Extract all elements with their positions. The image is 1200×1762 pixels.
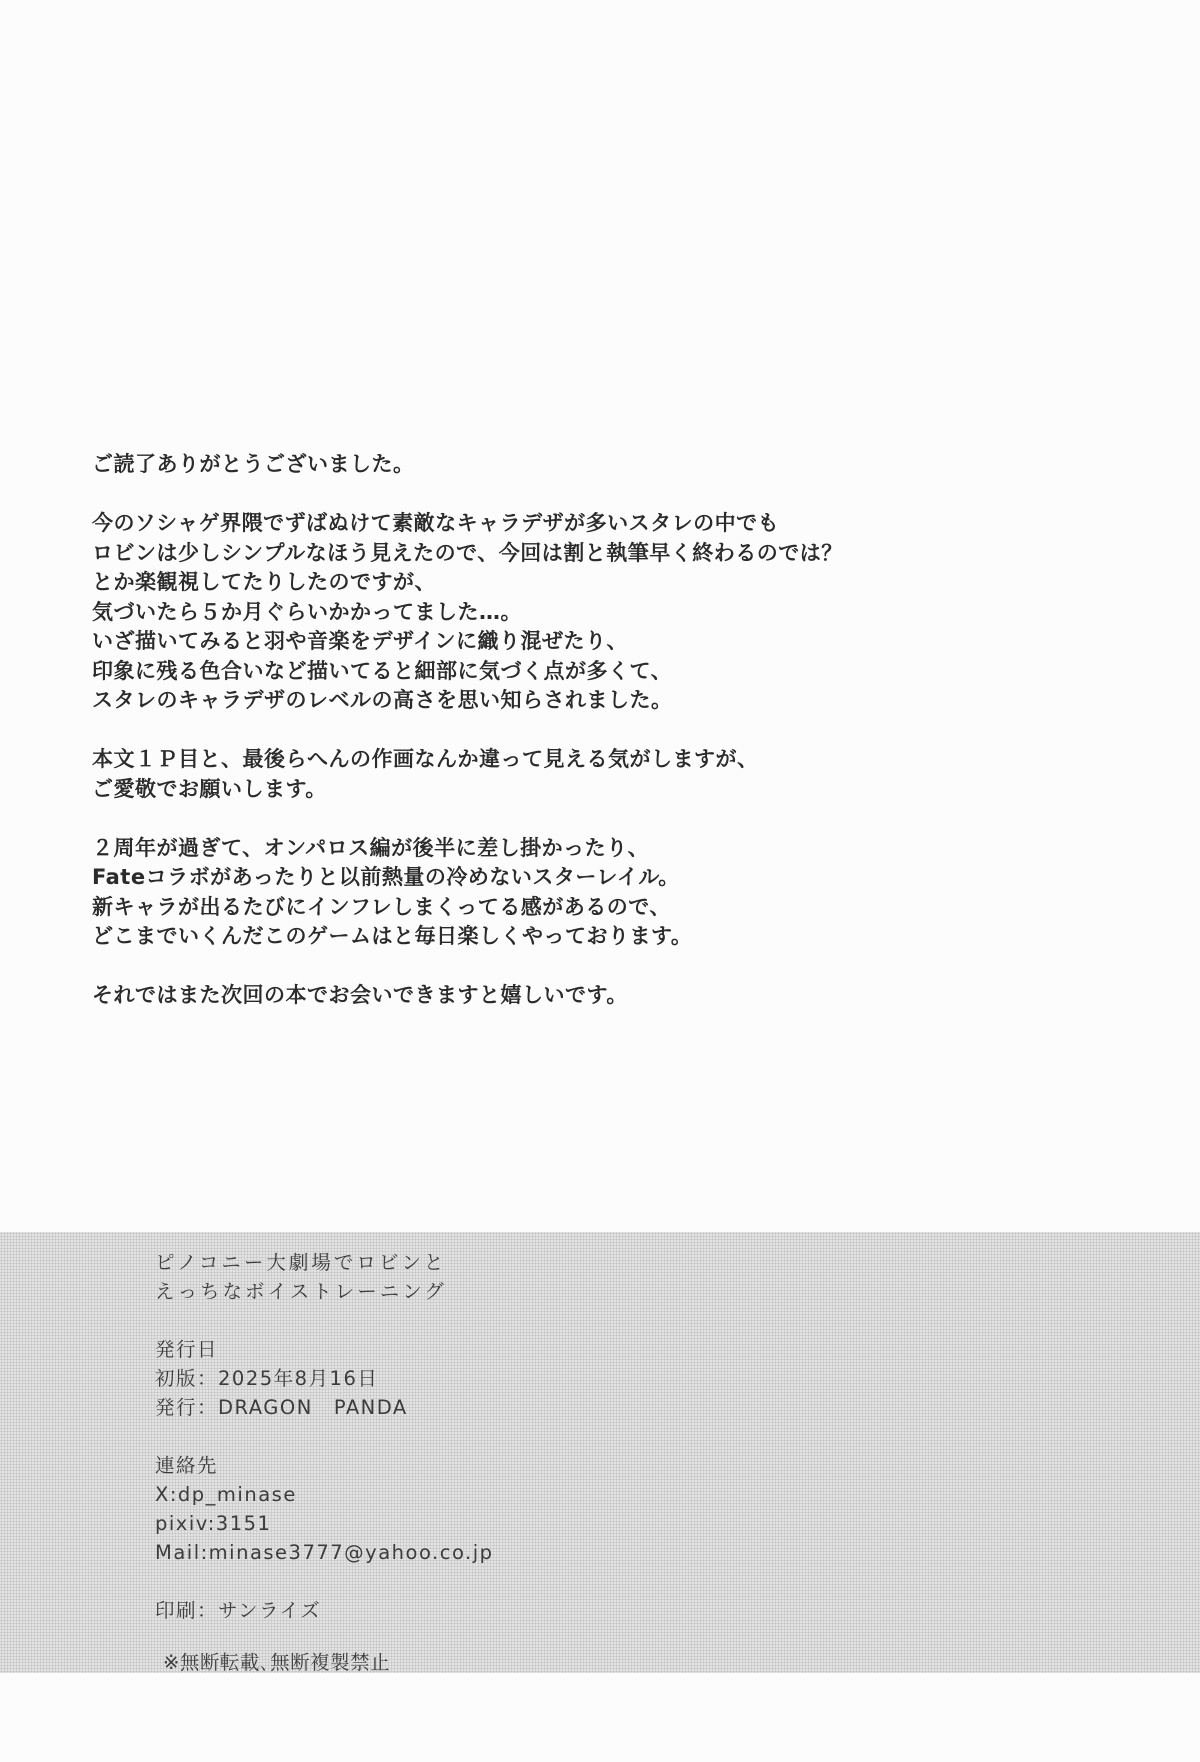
- afterword-paragraph: 今のソシャゲ界隈でずばぬけて素敵なキャラデザが多いスタレの中でも ロビンは少しシ…: [92, 509, 1092, 716]
- afterword-paragraph: ご読了ありがとうございました。: [92, 450, 1092, 480]
- afterword-line: いざ描いてみると羽や音楽をデザインに織り混ぜたり、: [92, 627, 1092, 657]
- afterword-line: どこまでいくんだこのゲームはと毎日楽しくやっております。: [92, 922, 1092, 952]
- afterword-line: 本文１Ｐ目と、最後らへんの作画なんか違って見える気がしますが、: [92, 745, 1092, 775]
- afterword-line: ２周年が過ぎて、オンパロス編が後半に差し掛かったり、: [92, 834, 1092, 864]
- afterword-line: Fateコラボがあったりと以前熱量の冷めないスターレイル。: [92, 863, 1092, 893]
- afterword-line: とか楽観視してたりしたのですが、: [92, 568, 1092, 598]
- afterword-line: ご愛敬でお願いします。: [92, 775, 1092, 805]
- colophon: ピノコニー大劇場でロビンと えっちなボイストレーニング 発行日 初版：2025年…: [155, 1248, 855, 1677]
- publisher: 発行：DRAGON PANDA: [155, 1393, 855, 1422]
- afterword-line: 新キャラが出るたびにインフレしまくってる感があるので、: [92, 893, 1092, 923]
- contact-mail: Mail:minase3777@yahoo.co.jp: [155, 1538, 855, 1567]
- book-title-line-2: えっちなボイストレーニング: [155, 1277, 855, 1306]
- afterword-line: スタレのキャラデザのレベルの高さを思い知らされました。: [92, 686, 1092, 716]
- afterword-paragraph: それではまた次回の本でお会いできますと嬉しいです。: [92, 981, 1092, 1011]
- afterword-line: ご読了ありがとうございました。: [92, 450, 1092, 480]
- contact-heading: 連絡先: [155, 1451, 855, 1480]
- colophon-printer: 印刷：サンライズ: [155, 1596, 855, 1625]
- afterword-line: ロビンは少しシンプルなほう見えたので、今回は割と執筆早く終わるのでは？: [92, 539, 1092, 569]
- colophon-publication: 発行日 初版：2025年8月16日 発行：DRAGON PANDA: [155, 1335, 855, 1422]
- colophon-contact: 連絡先 X:dp_minase pixiv:3151 Mail:minase37…: [155, 1451, 855, 1567]
- book-title-line-1: ピノコニー大劇場でロビンと: [155, 1248, 855, 1277]
- afterword-paragraph: 本文１Ｐ目と、最後らへんの作画なんか違って見える気がしますが、 ご愛敬でお願いし…: [92, 745, 1092, 804]
- publication-heading: 発行日: [155, 1335, 855, 1364]
- afterword-line: 気づいたら５か月ぐらいかかってました…。: [92, 598, 1092, 628]
- contact-x: X:dp_minase: [155, 1480, 855, 1509]
- afterword-text: ご読了ありがとうございました。 今のソシャゲ界隈でずばぬけて素敵なキャラデザが多…: [92, 450, 1092, 1040]
- afterword-line: 今のソシャゲ界隈でずばぬけて素敵なキャラデザが多いスタレの中でも: [92, 509, 1092, 539]
- first-edition-date: 初版：2025年8月16日: [155, 1364, 855, 1393]
- book-page: ご読了ありがとうございました。 今のソシャゲ界隈でずばぬけて素敵なキャラデザが多…: [0, 0, 1200, 1762]
- contact-pixiv: pixiv:3151: [155, 1509, 855, 1538]
- afterword-line: 印象に残る色合いなど描いてると細部に気づく点が多くて、: [92, 657, 1092, 687]
- afterword-line: それではまた次回の本でお会いできますと嬉しいです。: [92, 981, 1092, 1011]
- copyright-notice: ※無断転載､無断複製禁止: [163, 1648, 855, 1677]
- printer: 印刷：サンライズ: [155, 1596, 855, 1625]
- afterword-paragraph: ２周年が過ぎて、オンパロス編が後半に差し掛かったり、 Fateコラボがあったりと…: [92, 834, 1092, 952]
- colophon-title: ピノコニー大劇場でロビンと えっちなボイストレーニング: [155, 1248, 855, 1306]
